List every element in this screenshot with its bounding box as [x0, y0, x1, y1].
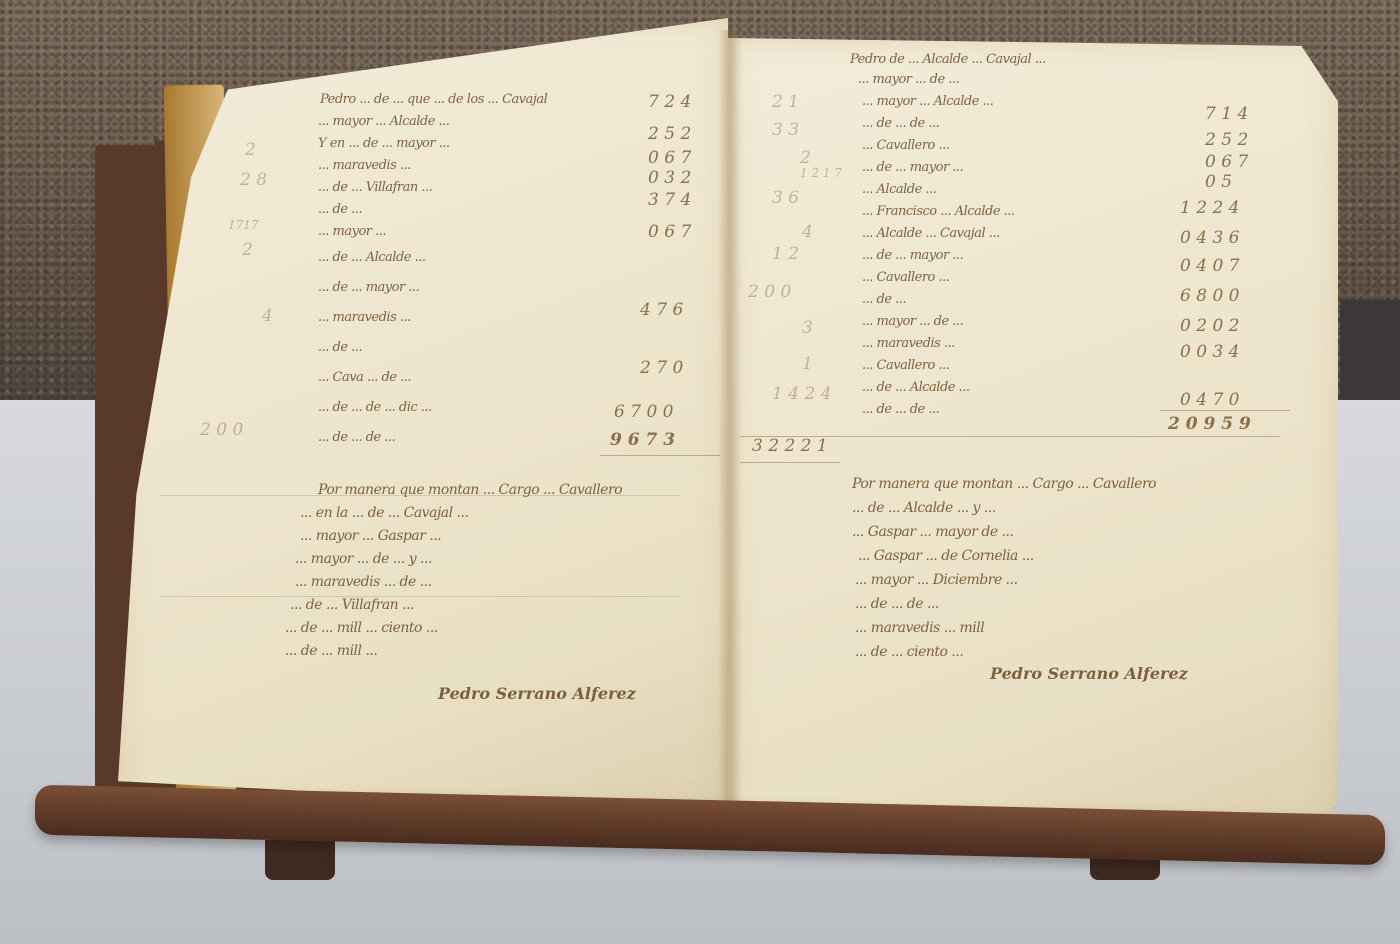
text-line: ... mayor ... de ...	[858, 72, 959, 87]
text-line: ... Cavallero ...	[862, 270, 949, 285]
ledger-amount: 6 7 0 0	[614, 402, 673, 422]
book-gutter	[718, 30, 742, 820]
ledger-amount: 6 8 0 0	[1180, 286, 1239, 306]
ledger-amount: 2 7 0	[640, 358, 683, 378]
text-line: ... Alcalde ...	[862, 182, 936, 197]
text-line: ... de ... mayor ...	[862, 248, 963, 263]
ledger-total: 9 6 7 3	[610, 430, 675, 450]
ledger-rule	[600, 455, 720, 456]
text-line: ... maravedis ...	[318, 158, 411, 173]
text-line: ... de ... Alcalde ...	[318, 250, 426, 265]
closing-line: Por manera que montan ... Cargo ... Cava…	[852, 476, 1156, 492]
margin-number: 2	[800, 148, 811, 168]
closing-line: ... Gaspar ... mayor de ...	[852, 524, 1013, 540]
closing-line: Por manera que montan ... Cargo ... Cava…	[318, 482, 622, 498]
text-line: ... Cava ... de ...	[318, 370, 411, 385]
closing-line: ... en la ... de ... Cavajal ...	[300, 505, 468, 521]
margin-number: 1	[802, 354, 813, 374]
text-line: ... mayor ... de ...	[862, 314, 963, 329]
text-line: Pedro de ... Alcalde ... Cavajal ...	[850, 52, 1046, 67]
margin-number: 2	[245, 140, 256, 160]
margin-number: 2 1	[772, 92, 799, 112]
margin-number: 3 3	[772, 120, 799, 140]
text-line: ... de ...	[318, 202, 362, 217]
margin-number: 3	[802, 318, 813, 338]
text-line: ... maravedis ...	[318, 310, 411, 325]
ledger-amount: 0 6 7	[1205, 152, 1248, 172]
text-line: ... de ... Villafran ...	[318, 180, 432, 195]
closing-line: ... mayor ... Diciembre ...	[855, 572, 1018, 588]
text-line: ... Alcalde ... Cavajal ...	[862, 226, 1000, 241]
text-line: ... de ...	[318, 340, 362, 355]
wall-shadow	[1340, 300, 1400, 410]
text-line: ... Francisco ... Alcalde ...	[862, 204, 1015, 219]
ledger-amount: 1 2 2 4	[1180, 198, 1239, 218]
text-line: ... maravedis ...	[862, 336, 955, 351]
text-line: ... mayor ... Alcalde ...	[318, 114, 449, 129]
text-line: ... mayor ...	[318, 224, 386, 239]
closing-line: ... de ... de ...	[855, 596, 939, 612]
text-line: ... Cavallero ...	[862, 358, 949, 373]
text-line: ... mayor ... Alcalde ...	[862, 94, 993, 109]
closing-line: ... de ... mill ... ciento ...	[285, 620, 438, 636]
margin-number: 2 8	[240, 170, 267, 190]
margin-number: 2	[242, 240, 253, 260]
ledger-total: 3 2 2 2 1	[752, 436, 828, 456]
ledger-amount: 2 5 2	[1205, 130, 1248, 150]
ledger-amount: 0 2 0 2	[1180, 316, 1239, 336]
margin-number: 1 2	[772, 244, 799, 264]
closing-line: ... de ... Alcalde ... y ...	[852, 500, 996, 516]
closing-line: ... de ... mill ...	[285, 643, 377, 659]
margin-number: 4	[802, 222, 813, 242]
ledger-amount: 0 4 3 6	[1180, 228, 1239, 248]
closing-line: ... mayor ... de ... y ...	[295, 551, 432, 567]
margin-number: 2 0 0	[748, 282, 791, 302]
ledger-amount: 2 5 2	[648, 124, 691, 144]
ledger-amount: 0 3 2	[648, 168, 691, 188]
ledger-amount: 7 1 4	[1205, 104, 1248, 124]
signature: Pedro Serrano Alferez	[438, 684, 636, 703]
text-line: ... de ... Alcalde ...	[862, 380, 970, 395]
stand-foot-left	[265, 840, 335, 880]
ledger-amount: 0 4 7 0	[1180, 390, 1239, 410]
text-line: ... de ... de ...	[862, 402, 939, 417]
text-line: Pedro ... de ... que ... de los ... Cava…	[320, 92, 547, 107]
margin-number: 4	[262, 306, 273, 326]
ledger-amount: 0 5	[1205, 172, 1232, 192]
text-line: ... de ... mayor ...	[862, 160, 963, 175]
ledger-total: 2 0 9 5 9	[1168, 414, 1251, 434]
text-line: ... de ... de ...	[318, 430, 395, 445]
text-line: Y en ... de ... mayor ...	[318, 136, 450, 151]
ledger-amount: 3 7 4	[648, 190, 691, 210]
ledger-amount: 0 6 7	[648, 148, 691, 168]
margin-number: 1 2 1 7	[800, 166, 842, 180]
text-line: ... de ...	[862, 292, 906, 307]
text-line: ... de ... de ...	[862, 116, 939, 131]
ledger-rule	[740, 462, 840, 463]
closing-line: ... de ... Villafran ...	[290, 597, 414, 613]
signature: Pedro Serrano Alferez	[990, 664, 1188, 683]
ledger-rule	[740, 436, 1280, 437]
closing-line: ... mayor ... Gaspar ...	[300, 528, 441, 544]
ledger-amount: 7 2 4	[648, 92, 691, 112]
margin-number: 1 4 2 4	[772, 384, 831, 404]
closing-line: ... maravedis ... mill	[855, 620, 984, 636]
text-line: ... de ... mayor ...	[318, 280, 419, 295]
ledger-amount: 0 0 3 4	[1180, 342, 1239, 362]
ledger-rule	[160, 596, 680, 597]
margin-number: 1717	[228, 218, 259, 232]
closing-line: ... maravedis ... de ...	[295, 574, 432, 590]
closing-line: ... de ... ciento ...	[855, 644, 963, 660]
ledger-rule	[1160, 410, 1290, 411]
margin-number: 2 0 0	[200, 420, 243, 440]
closing-line: ... Gaspar ... de Cornelia ...	[858, 548, 1034, 564]
margin-number: 3 6	[772, 188, 799, 208]
text-line: ... de ... de ... dic ...	[318, 400, 432, 415]
ledger-amount: 4 7 6	[640, 300, 683, 320]
ledger-amount: 0 6 7	[648, 222, 691, 242]
text-line: ... Cavallero ...	[862, 138, 949, 153]
ledger-amount: 0 4 0 7	[1180, 256, 1239, 276]
